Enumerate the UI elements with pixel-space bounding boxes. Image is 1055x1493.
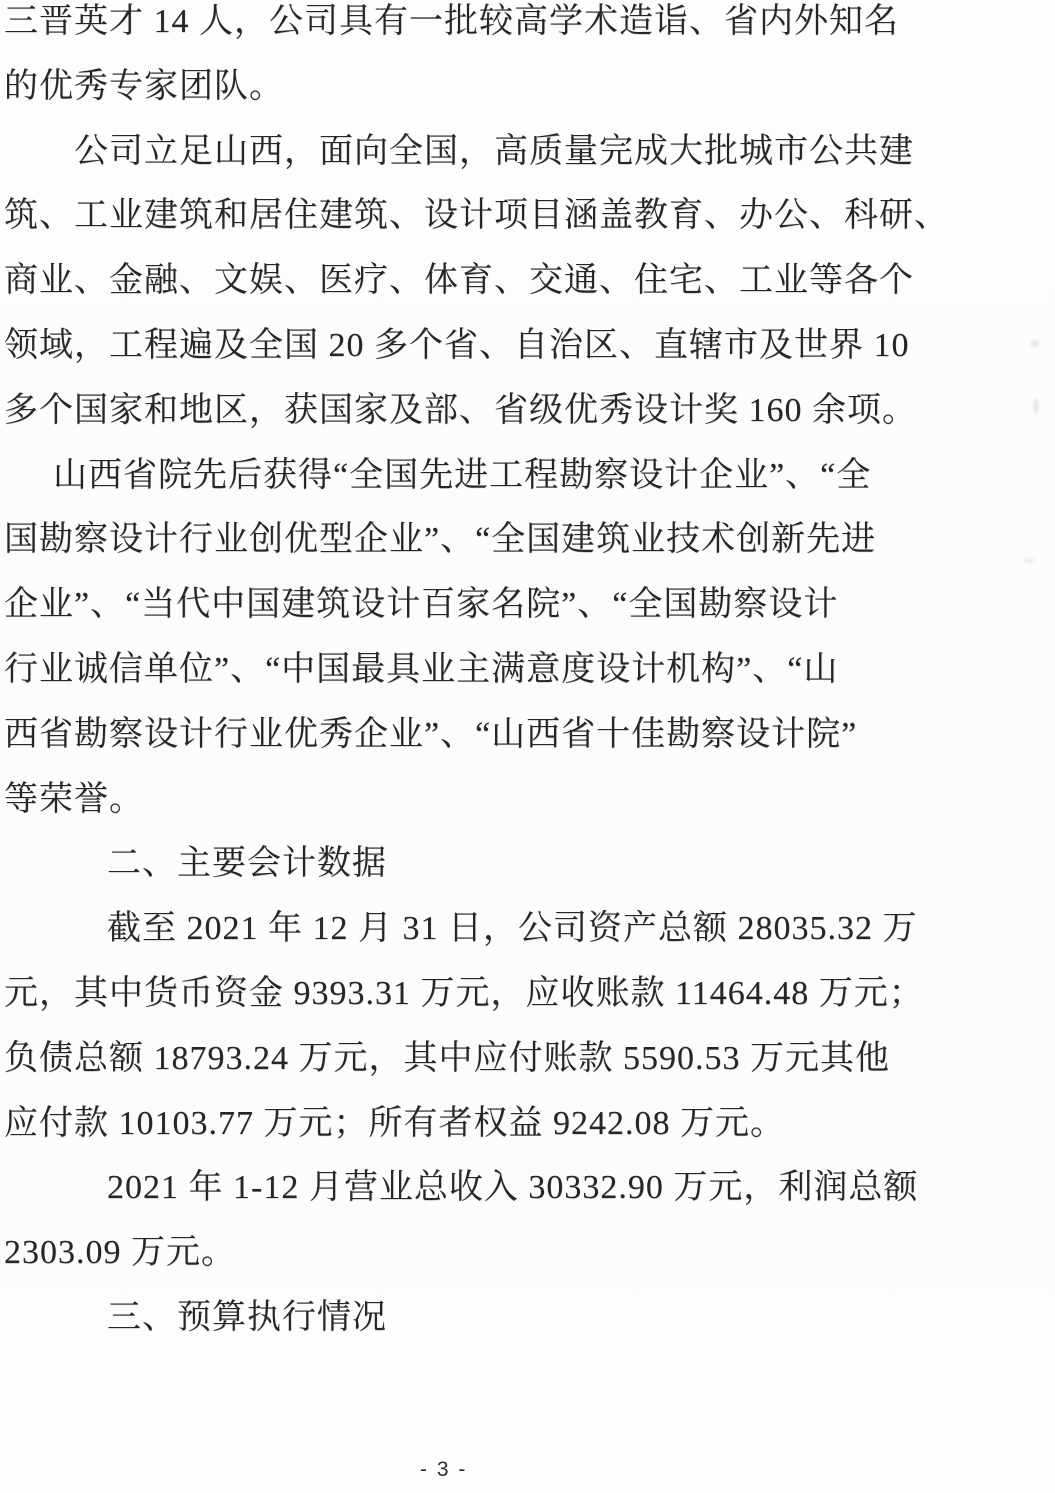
page-number: - 3 - xyxy=(420,1458,467,1482)
text-line: 三晋英才 14 人，公司具有一批较高学术造诣、省内外知名 xyxy=(4,0,1055,55)
text-line: 筑、工业建筑和居住建筑、设计项目涵盖教育、办公、科研、 xyxy=(4,184,1055,249)
text-line: 国勘察设计行业创优型企业”、“全国建筑业技术创新先进 xyxy=(4,508,1055,573)
text-line: 企业”、“当代中国建筑设计百家名院”、“全国勘察设计 xyxy=(4,573,1055,638)
scan-artifact xyxy=(1033,398,1039,414)
document-body: 三晋英才 14 人，公司具有一批较高学术造诣、省内外知名 的优秀专家团队。 公司… xyxy=(4,0,1055,1351)
text-line: 行业诚信单位”、“中国最具业主满意度设计机构”、“山 xyxy=(4,638,1055,703)
section-heading-accounting-data: 二、主要会计数据 xyxy=(4,832,1055,897)
text-line: 商业、金融、文娱、医疗、体育、交通、住宅、工业等各个 xyxy=(4,249,1055,314)
text-line: 的优秀专家团队。 xyxy=(4,55,1055,120)
text-line: 2303.09 万元。 xyxy=(4,1221,1055,1286)
section-heading-budget-execution: 三、预算执行情况 xyxy=(4,1286,1055,1351)
text-line: 公司立足山西，面向全国，高质量完成大批城市公共建 xyxy=(4,120,1055,185)
scanned-document-page: 三晋英才 14 人，公司具有一批较高学术造诣、省内外知名 的优秀专家团队。 公司… xyxy=(0,0,1055,1493)
text-line: 2021 年 1-12 月营业总收入 30332.90 万元，利润总额 xyxy=(4,1156,1055,1221)
text-line: 截至 2021 年 12 月 31 日，公司资产总额 28035.32 万 xyxy=(4,897,1055,962)
text-line: 等荣誉。 xyxy=(4,768,1055,833)
text-line: 领域，工程遍及全国 20 多个省、自治区、直辖市及世界 10 xyxy=(4,314,1055,379)
text-line: 应付款 10103.77 万元；所有者权益 9242.08 万元。 xyxy=(4,1092,1055,1157)
text-line: 多个国家和地区，获国家及部、省级优秀设计奖 160 余项。 xyxy=(4,379,1055,444)
text-line: 山西省院先后获得“全国先进工程勘察设计企业”、“全 xyxy=(4,444,1055,509)
text-line: 负债总额 18793.24 万元，其中应付账款 5590.53 万元其他 xyxy=(4,1027,1055,1092)
text-line: 元，其中货币资金 9393.31 万元，应收账款 11464.48 万元； xyxy=(4,962,1055,1027)
text-line: 西省勘察设计行业优秀企业”、“山西省十佳勘察设计院” xyxy=(4,703,1055,768)
scan-artifact xyxy=(1024,558,1035,563)
scan-artifact xyxy=(1030,340,1039,347)
